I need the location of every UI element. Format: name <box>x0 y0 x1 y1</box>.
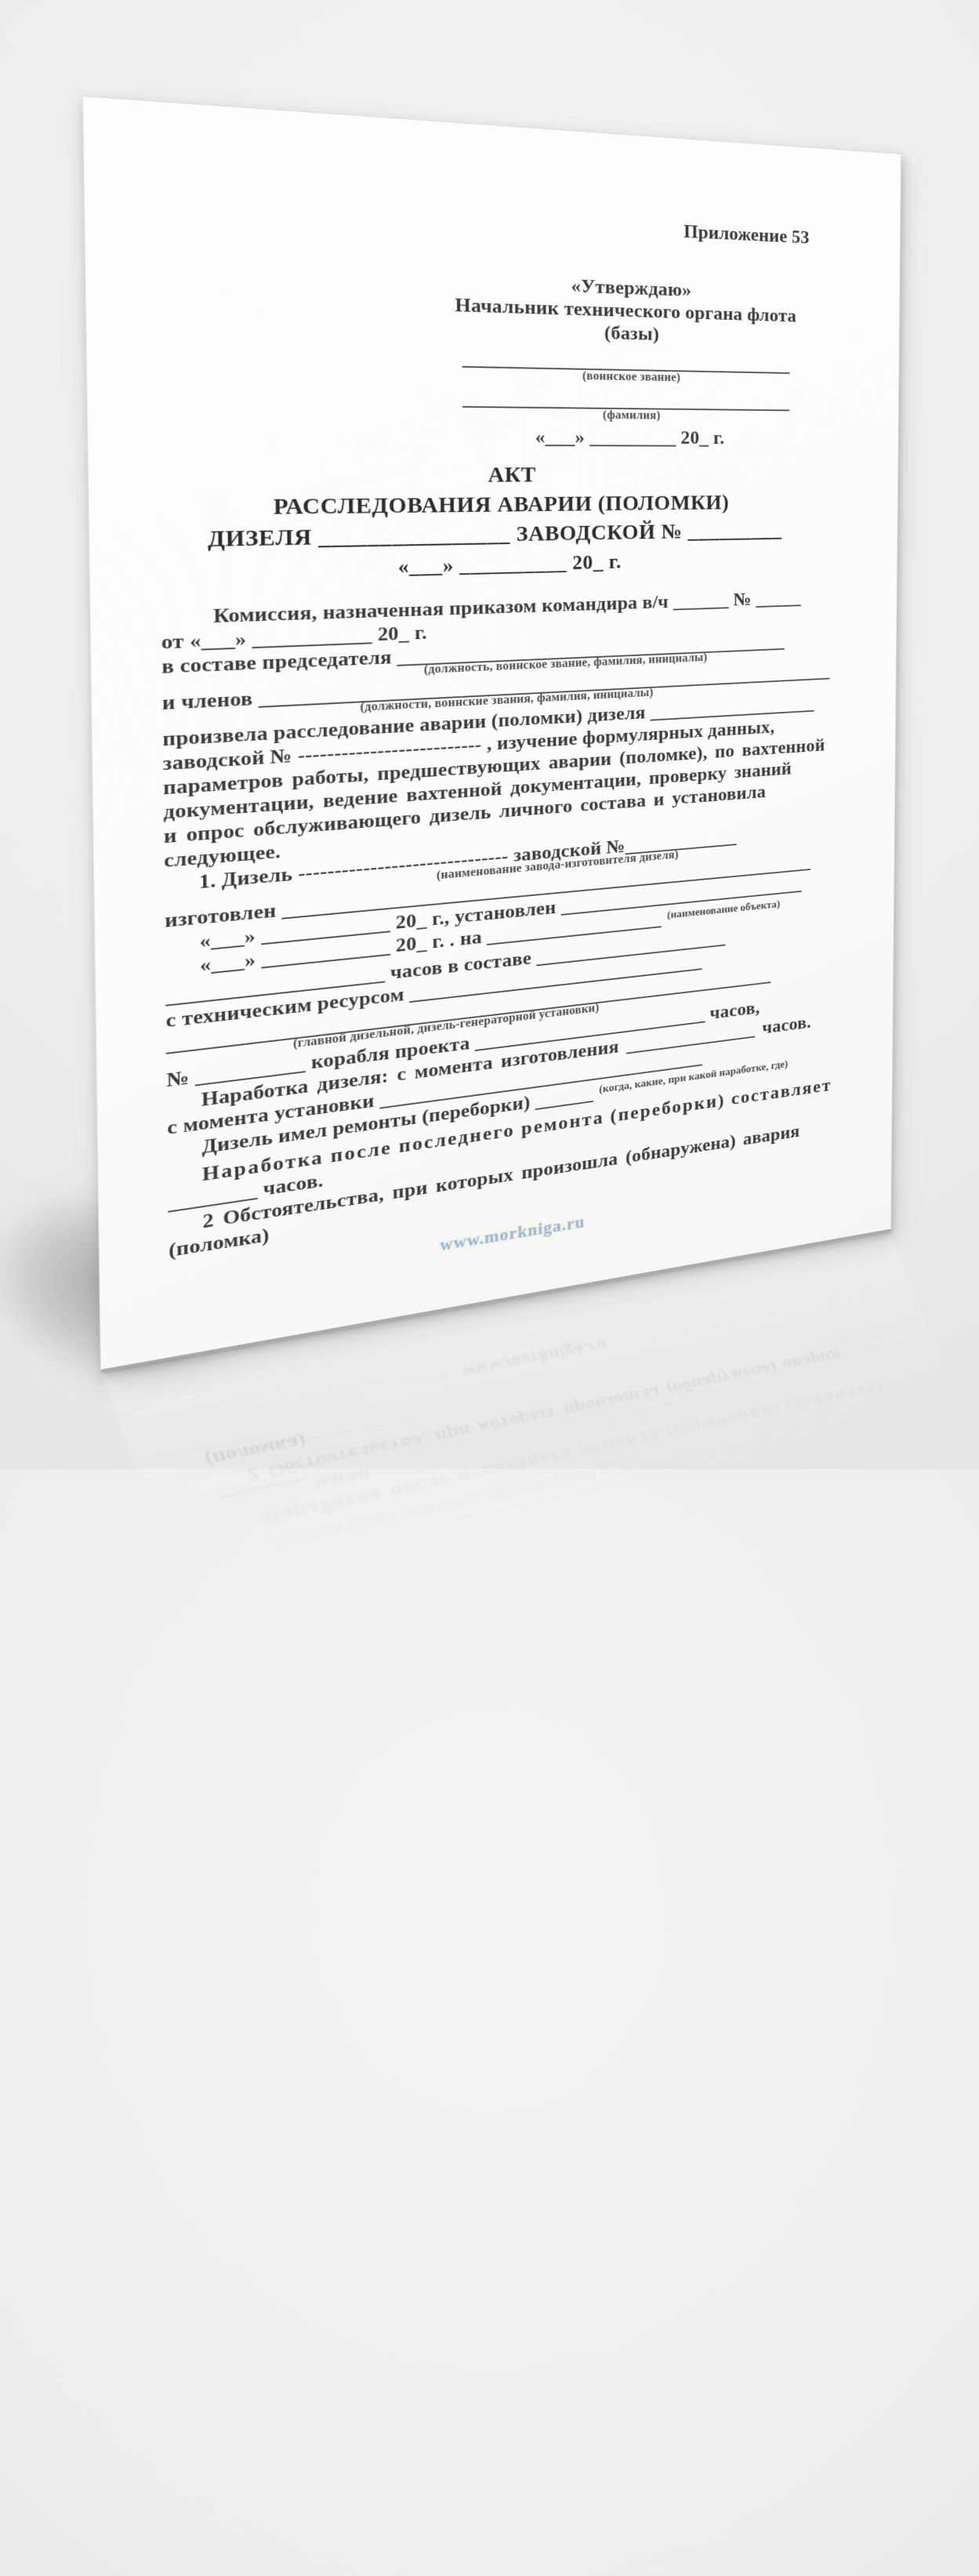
approval-date-line: «___» _________ 20_ г. <box>431 425 817 449</box>
approval-block: «Утверждаю» Начальник технического орган… <box>430 268 818 448</box>
title-line-act: АКТ <box>159 460 819 492</box>
title-block: АКТ РАССЛЕДОВАНИЯ АВАРИИ (ПОЛОМКИ) ДИЗЕЛ… <box>159 460 819 588</box>
page-perspective-wrap: Приложение 53 «Утверждаю» Начальник техн… <box>82 96 901 1372</box>
page: Приложение 53 «Утверждаю» Начальник техн… <box>82 96 901 1372</box>
appendix-label: Приложение 53 <box>156 193 810 249</box>
photo-scene: Приложение 53 «Утверждаю» Начальник техн… <box>0 0 979 1469</box>
approval-name-blank: __________________________________ <box>430 389 817 412</box>
form-body: Комиссия, назначенная приказом командира… <box>161 586 818 1262</box>
